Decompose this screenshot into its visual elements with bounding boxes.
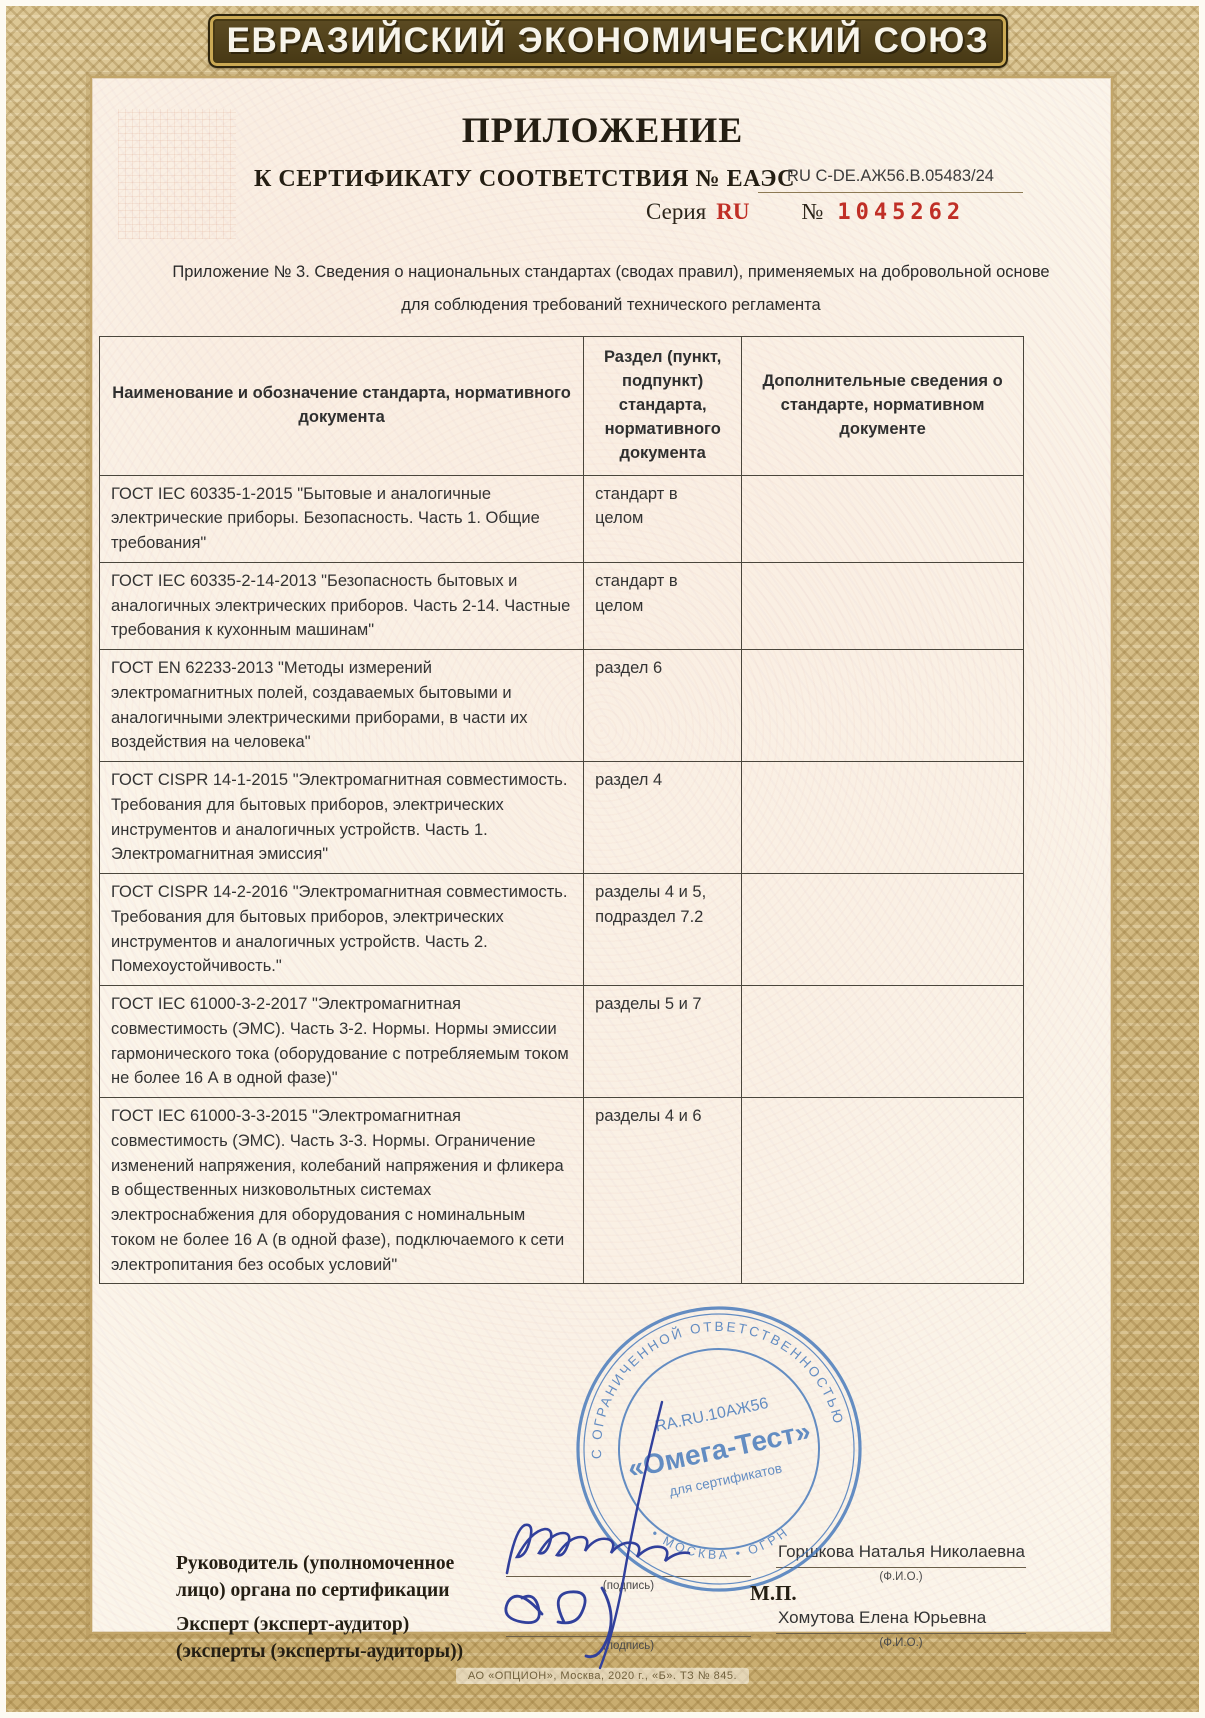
table-row: ГОСТ CISPR 14-2-2016 "Электромагнитная с… [100,874,1024,986]
cell-section: разделы 5 и 7 [584,986,742,1098]
series-label: Серия [646,199,706,225]
cell-info [742,1098,1024,1284]
table-row: ГОСТ IEC 60335-1-2015 "Бытовые и аналоги… [100,475,1024,562]
certificate-page: ЕВРАЗИЙСКИЙ ЭКОНОМИЧЕСКИЙ СОЮЗ ПРИЛОЖЕНИ… [0,0,1205,1718]
cell-section: разделы 4 и 6 [584,1098,742,1284]
cell-standard-name: ГОСТ EN 62233-2013 "Методы измерений эле… [100,650,584,762]
series-value: RU [716,199,749,225]
table-row: ГОСТ CISPR 14-1-2015 "Электромагнитная с… [100,762,1024,874]
cell-standard-name: ГОСТ IEC 60335-2-14-2013 "Безопасность б… [100,562,584,649]
table-row: ГОСТ IEC 60335-2-14-2013 "Безопасность б… [100,562,1024,649]
certificate-number: RU C-DE.АЖ56.В.05483/24 [758,163,1023,193]
cell-info [742,650,1024,762]
series-row: Серия RU № 1045262 [646,199,965,229]
cell-section: разделы 4 и 5, подраздел 7.2 [584,874,742,986]
expert-label: Эксперт (эксперт-аудитор) (эксперты (экс… [176,1612,536,1666]
header-standard-name: Наименование и обозначение стандарта, но… [100,337,584,476]
cell-info [742,874,1024,986]
eaeu-banner-text: ЕВРАЗИЙСКИЙ ЭКОНОМИЧЕСКИЙ СОЮЗ [227,21,990,61]
cell-standard-name: ГОСТ IEC 61000-3-2-2017 "Электромагнитна… [100,986,584,1098]
page-title: ПРИЛОЖЕНИЕ [6,109,1199,151]
standards-table: Наименование и обозначение стандарта, но… [99,336,1024,1284]
number-sign: № [801,199,823,225]
cell-standard-name: ГОСТ CISPR 14-1-2015 "Электромагнитная с… [100,762,584,874]
cell-info [742,475,1024,562]
header-section: Раздел (пункт, подпункт) стандарта, норм… [584,337,742,476]
eaeu-banner: ЕВРАЗИЙСКИЙ ЭКОНОМИЧЕСКИЙ СОЮЗ [208,14,1008,68]
cell-section: стандарт в целом [584,562,742,649]
table-row: ГОСТ EN 62233-2013 "Методы измерений эле… [100,650,1024,762]
table-row: ГОСТ IEC 61000-3-2-2017 "Электромагнитна… [100,986,1024,1098]
cell-section: стандарт в целом [584,475,742,562]
cell-section: раздел 4 [584,762,742,874]
table-header-row: Наименование и обозначение стандарта, но… [100,337,1024,476]
head-of-body-label: Руководитель (уполномоченное лицо) орган… [176,1551,536,1605]
fio-caption-expert: (Ф.И.О.) [776,1637,1026,1649]
cell-standard-name: ГОСТ IEC 61000-3-3-2015 "Электромагнитна… [100,1098,584,1284]
annex-note: Приложение № 3. Сведения о национальных … [101,256,1121,322]
header-additional-info: Дополнительные сведения о стандарте, нор… [742,337,1024,476]
cell-section: раздел 6 [584,650,742,762]
cell-info [742,986,1024,1098]
mp-seal-label: М.П. [750,1581,797,1606]
pen-flourish-ink [566,1396,676,1676]
cell-info [742,762,1024,874]
certificate-subtitle: К СЕРТИФИКАТУ СООТВЕТСТВИЯ № ЕАЭС [254,166,795,193]
table-row: ГОСТ IEC 61000-3-3-2015 "Электромагнитна… [100,1098,1024,1284]
cell-standard-name: ГОСТ CISPR 14-2-2016 "Электромагнитная с… [100,874,584,986]
cell-standard-name: ГОСТ IEC 60335-1-2015 "Бытовые и аналоги… [100,475,584,562]
blank-number: 1045262 [837,200,965,225]
fio-line-expert [776,1633,1026,1634]
expert-name: Хомутова Елена Юрьевна [778,1608,1028,1628]
cell-info [742,562,1024,649]
